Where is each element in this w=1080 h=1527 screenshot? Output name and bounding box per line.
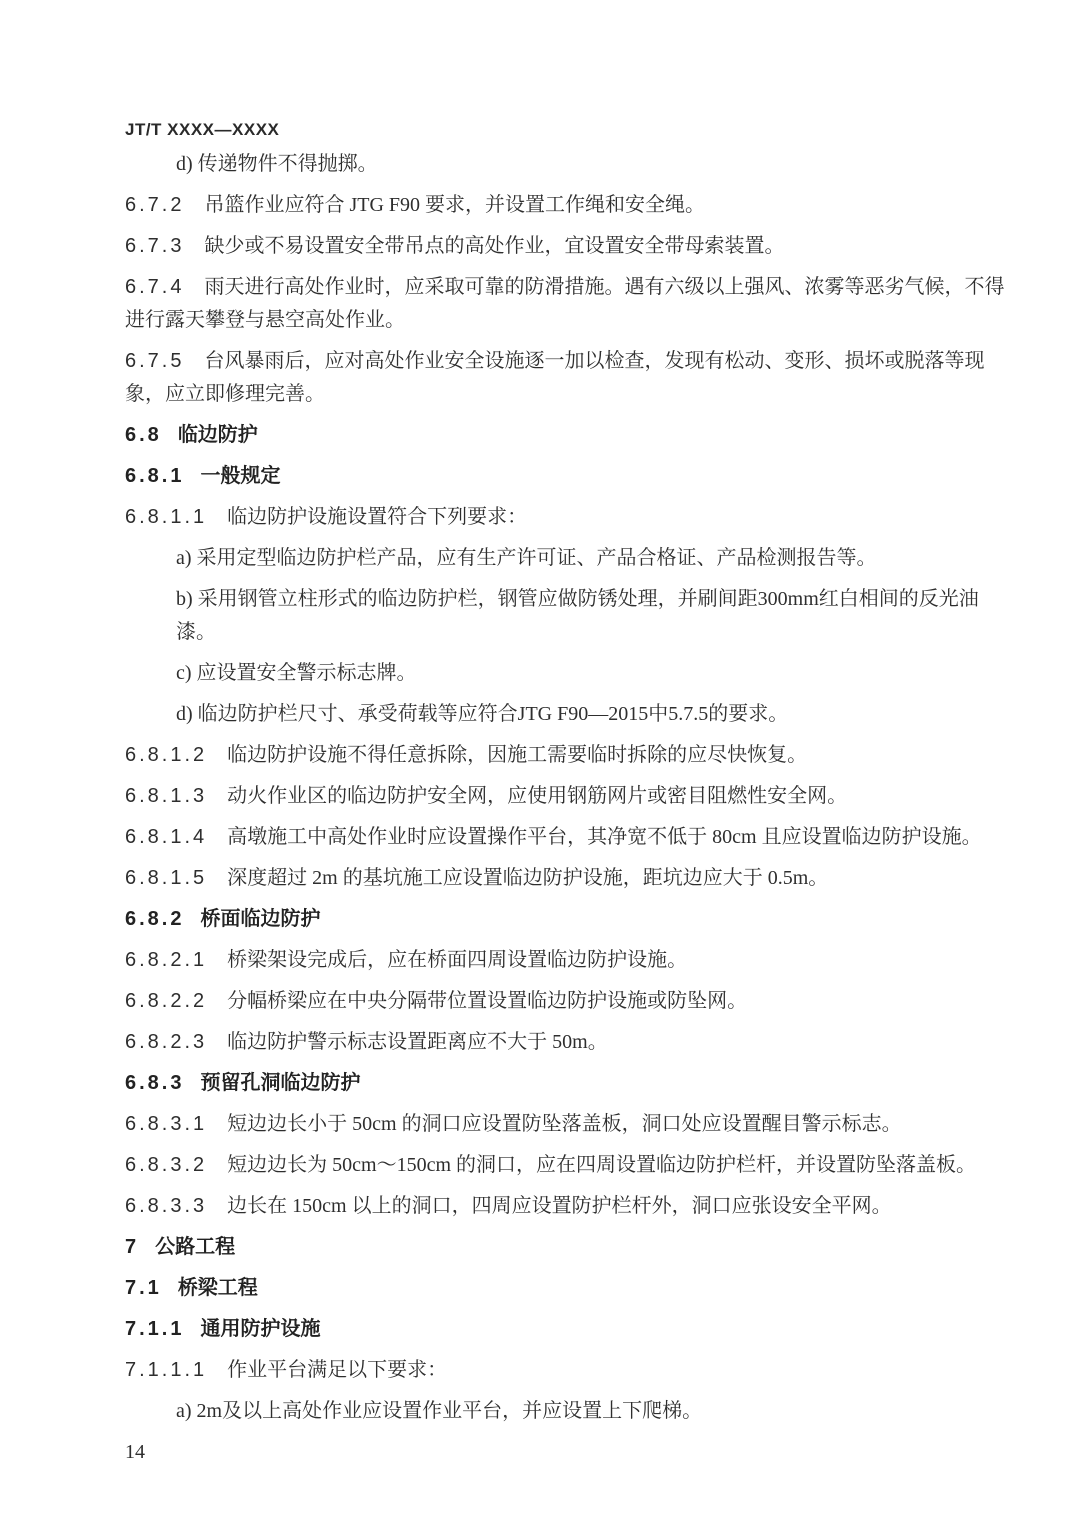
paragraph-text: 作业平台满足以下要求： [227, 1359, 447, 1381]
clause-number: 6.8.3.2 [125, 1154, 207, 1176]
clause-paragraph: 6.8.1.5深度超过 2m 的基坑施工应设置临边防护设施，距坑边应大于 0.5… [125, 862, 1005, 895]
paragraph-text: 台风暴雨后，应对高处作业安全设施逐一加以检查，发现有松动、变形、损坏或脱落等现象… [125, 350, 984, 405]
heading-text: 桥梁工程 [178, 1277, 258, 1299]
paragraph-text: 临边防护设施不得任意拆除，因施工需要临时拆除的应尽快恢复。 [227, 744, 807, 766]
clause-number: 6.8.2.1 [125, 949, 207, 971]
document-page: JT/T XXXX—XXXX d) 传递物件不得抛掷。6.7.2吊篮作业应符合 … [0, 0, 1080, 1527]
clause-number: 6.8.1.5 [125, 867, 207, 889]
clause-number: 6.8.3.3 [125, 1195, 207, 1217]
section-heading: 6.8.3预留孔洞临边防护 [125, 1067, 1005, 1100]
clause-number: 6.8.1.2 [125, 744, 207, 766]
paragraph-text: d) 临边防护栏尺寸、承受荷载等应符合JTG F90—2015中5.7.5的要求… [176, 703, 788, 725]
clause-paragraph: 6.7.2吊篮作业应符合 JTG F90 要求，并设置工作绳和安全绳。 [125, 189, 1005, 222]
clause-number: 6.8.2.2 [125, 990, 207, 1012]
clause-number: 6.8.1.1 [125, 506, 207, 528]
clause-number: 6.7.2 [125, 194, 184, 216]
clause-paragraph: 6.8.1.1临边防护设施设置符合下列要求： [125, 501, 1005, 534]
clause-paragraph: 6.8.1.2临边防护设施不得任意拆除，因施工需要临时拆除的应尽快恢复。 [125, 739, 1005, 772]
heading-text: 通用防护设施 [200, 1318, 320, 1340]
paragraph-text: d) 传递物件不得抛掷。 [176, 153, 378, 175]
clause-number: 7.1.1.1 [125, 1359, 207, 1381]
section-heading: 7.1.1通用防护设施 [125, 1313, 1005, 1346]
list-item: b) 采用钢管立柱形式的临边防护栏，钢管应做防锈处理，并刷间距300mm红白相间… [125, 583, 1005, 649]
list-item: d) 临边防护栏尺寸、承受荷载等应符合JTG F90—2015中5.7.5的要求… [125, 698, 1005, 731]
list-item: a) 采用定型临边防护栏产品，应有生产许可证、产品合格证、产品检测报告等。 [125, 542, 1005, 575]
clause-number: 6.8.1.3 [125, 785, 207, 807]
clause-number: 6.8.1.4 [125, 826, 207, 848]
section-heading: 7.1桥梁工程 [125, 1272, 1005, 1305]
clause-paragraph: 6.8.3.2短边边长为 50cm～150cm 的洞口，应在四周设置临边防护栏杆… [125, 1149, 1005, 1182]
heading-text: 一般规定 [200, 465, 280, 487]
clause-number: 6.8.1 [125, 465, 184, 487]
clause-number: 6.8.2 [125, 908, 184, 930]
paragraph-text: 深度超过 2m 的基坑施工应设置临边防护设施，距坑边应大于 0.5m。 [227, 867, 828, 889]
clause-paragraph: 6.8.2.2分幅桥梁应在中央分隔带位置设置临边防护设施或防坠网。 [125, 985, 1005, 1018]
page-number: 14 [125, 1436, 1005, 1469]
document-body: d) 传递物件不得抛掷。6.7.2吊篮作业应符合 JTG F90 要求，并设置工… [125, 148, 1005, 1428]
section-heading: 7公路工程 [125, 1231, 1005, 1264]
paragraph-text: 高墩施工中高处作业时应设置操作平台，其净宽不低于 80cm 且应设置临边防护设施… [227, 826, 981, 848]
section-heading: 6.8临边防护 [125, 419, 1005, 452]
document-header: JT/T XXXX—XXXX [125, 120, 1005, 140]
paragraph-text: 临边防护设施设置符合下列要求： [227, 506, 527, 528]
paragraph-text: b) 采用钢管立柱形式的临边防护栏，钢管应做防锈处理，并刷间距300mm红白相间… [176, 588, 979, 643]
paragraph-text: 短边边长小于 50cm 的洞口应设置防坠落盖板，洞口处应设置醒目警示标志。 [227, 1113, 901, 1135]
paragraph-text: 临边防护警示标志设置距离应不大于 50m。 [227, 1031, 608, 1053]
clause-paragraph: 6.7.5台风暴雨后，应对高处作业安全设施逐一加以检查，发现有松动、变形、损坏或… [125, 345, 1005, 411]
clause-number: 6.7.5 [125, 350, 184, 372]
clause-paragraph: 6.8.1.4高墩施工中高处作业时应设置操作平台，其净宽不低于 80cm 且应设… [125, 821, 1005, 854]
clause-paragraph: 6.8.2.3临边防护警示标志设置距离应不大于 50m。 [125, 1026, 1005, 1059]
paragraph-text: 缺少或不易设置安全带吊点的高处作业，宜设置安全带母索装置。 [204, 235, 784, 257]
paragraph-text: 桥梁架设完成后，应在桥面四周设置临边防护设施。 [227, 949, 687, 971]
clause-paragraph: 6.8.2.1桥梁架设完成后，应在桥面四周设置临边防护设施。 [125, 944, 1005, 977]
clause-number: 7.1 [125, 1277, 162, 1299]
heading-text: 桥面临边防护 [200, 908, 320, 930]
clause-number: 7.1.1 [125, 1318, 184, 1340]
section-heading: 6.8.1一般规定 [125, 460, 1005, 493]
list-item: c) 应设置安全警示标志牌。 [125, 657, 1005, 690]
heading-text: 临边防护 [178, 424, 258, 446]
paragraph-text: a) 2m及以上高处作业应设置作业平台，并应设置上下爬梯。 [176, 1400, 702, 1422]
paragraph-text: 雨天进行高处作业时，应采取可靠的防滑措施。遇有六级以上强风、浓雾等恶劣气候，不得… [125, 276, 1004, 331]
clause-paragraph: 6.8.1.3动火作业区的临边防护安全网，应使用钢筋网片或密目阻燃性安全网。 [125, 780, 1005, 813]
clause-paragraph: 6.7.3缺少或不易设置安全带吊点的高处作业，宜设置安全带母索装置。 [125, 230, 1005, 263]
paragraph-text: 分幅桥梁应在中央分隔带位置设置临边防护设施或防坠网。 [227, 990, 747, 1012]
heading-text: 公路工程 [155, 1236, 235, 1258]
list-item: d) 传递物件不得抛掷。 [125, 148, 1005, 181]
section-heading: 6.8.2桥面临边防护 [125, 903, 1005, 936]
list-item: a) 2m及以上高处作业应设置作业平台，并应设置上下爬梯。 [125, 1395, 1005, 1428]
clause-number: 6.8 [125, 424, 162, 446]
clause-number: 7 [125, 1236, 139, 1258]
paragraph-text: 边长在 150cm 以上的洞口，四周应设置防护栏杆外，洞口应张设安全平网。 [227, 1195, 891, 1217]
heading-text: 预留孔洞临边防护 [200, 1072, 360, 1094]
clause-number: 6.8.3.1 [125, 1113, 207, 1135]
paragraph-text: 动火作业区的临边防护安全网，应使用钢筋网片或密目阻燃性安全网。 [227, 785, 847, 807]
clause-paragraph: 6.7.4雨天进行高处作业时，应采取可靠的防滑措施。遇有六级以上强风、浓雾等恶劣… [125, 271, 1005, 337]
paragraph-text: 短边边长为 50cm～150cm 的洞口，应在四周设置临边防护栏杆，并设置防坠落… [227, 1154, 976, 1176]
clause-paragraph: 6.8.3.3边长在 150cm 以上的洞口，四周应设置防护栏杆外，洞口应张设安… [125, 1190, 1005, 1223]
paragraph-text: a) 采用定型临边防护栏产品，应有生产许可证、产品合格证、产品检测报告等。 [176, 547, 877, 569]
paragraph-text: c) 应设置安全警示标志牌。 [176, 662, 417, 684]
clause-paragraph: 6.8.3.1短边边长小于 50cm 的洞口应设置防坠落盖板，洞口处应设置醒目警… [125, 1108, 1005, 1141]
clause-paragraph: 7.1.1.1作业平台满足以下要求： [125, 1354, 1005, 1387]
paragraph-text: 吊篮作业应符合 JTG F90 要求，并设置工作绳和安全绳。 [204, 194, 705, 216]
clause-number: 6.8.3 [125, 1072, 184, 1094]
clause-number: 6.7.4 [125, 276, 184, 298]
clause-number: 6.8.2.3 [125, 1031, 207, 1053]
clause-number: 6.7.3 [125, 235, 184, 257]
